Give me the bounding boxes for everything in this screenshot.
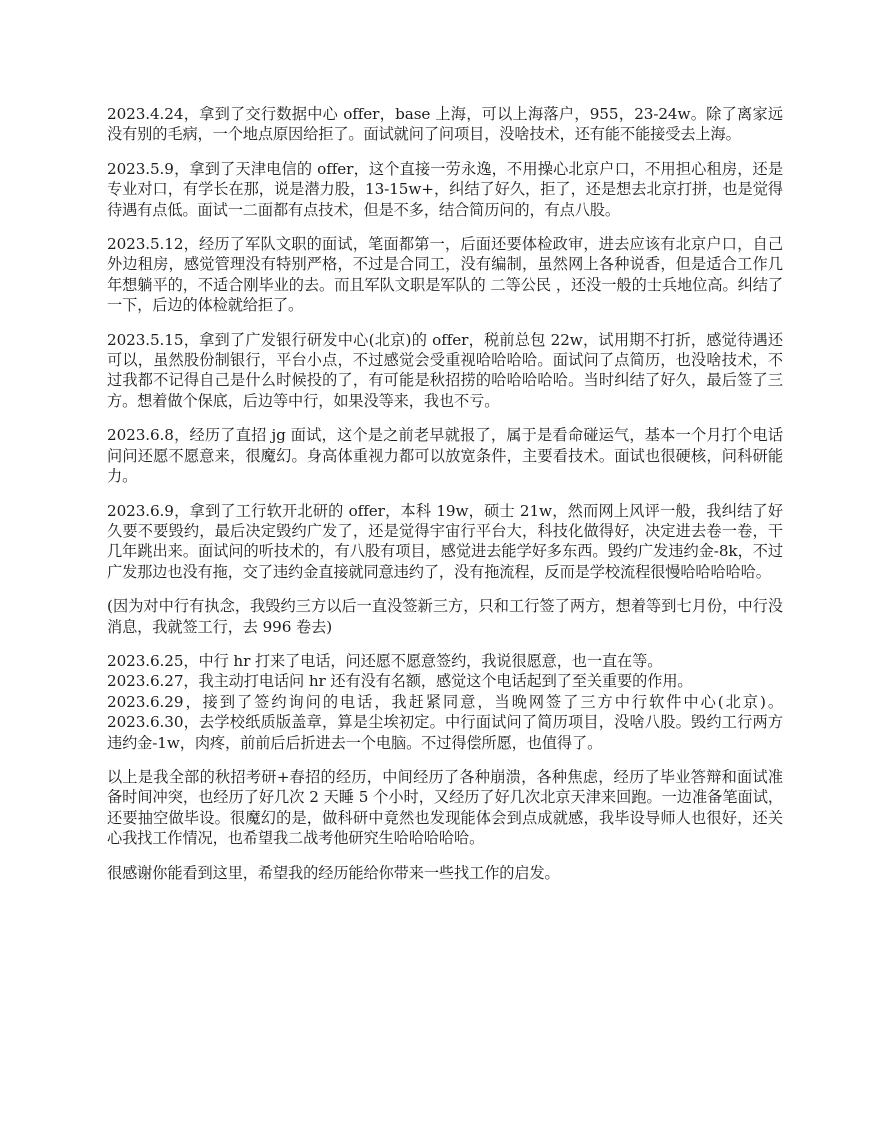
paragraph-2023-4-24: 2023.4.24，拿到了交行数据中心 offer，base 上海，可以上海落户… — [107, 104, 783, 145]
paragraph-note: (因为对中行有执念，我毁约三方以后一直没签新三方，只和工行签了两方，想着等到七月… — [107, 596, 783, 637]
paragraph-thanks: 很感谢你能看到这里，希望我的经历能给你带来一些找工作的启发。 — [107, 863, 783, 883]
paragraph-2023-6-9: 2023.6.9，拿到了工行软开北研的 offer，本科 19w，硕士 21w，… — [107, 501, 783, 583]
document-body: 2023.4.24，拿到了交行数据中心 offer，base 上海，可以上海落户… — [107, 104, 783, 897]
paragraph-2023-5-15: 2023.5.15，拿到了广发银行研发中心(北京)的 offer，税前总包 22… — [107, 330, 783, 412]
paragraph-2023-5-12: 2023.5.12，经历了军队文职的面试，笔面都第一，后面还要体检政审，进去应该… — [107, 234, 783, 316]
paragraph-2023-6-27: 2023.6.27，我主动打电话问 hr 还有没有名额，感觉这个电话起到了至关重… — [107, 671, 783, 691]
paragraph-2023-5-9: 2023.5.9，拿到了天津电信的 offer，这个直接一劳永逸，不用操心北京户… — [107, 159, 783, 220]
paragraph-2023-6-29: 2023.6.29，接到了签约询问的电话，我赶紧同意，当晚网签了三方中行软件中心… — [107, 692, 783, 753]
paragraph-2023-6-8: 2023.6.8，经历了直招 jg 面试，这个是之前老早就报了，属于是看命碰运气… — [107, 425, 783, 486]
paragraph-2023-6-25: 2023.6.25，中行 hr 打来了电话，问还愿不愿意签约，我说很愿意，也一直… — [107, 651, 783, 671]
paragraph-summary: 以上是我全部的秋招考研+春招的经历，中间经历了各种崩溃，各种焦虑，经历了毕业答辩… — [107, 767, 783, 849]
